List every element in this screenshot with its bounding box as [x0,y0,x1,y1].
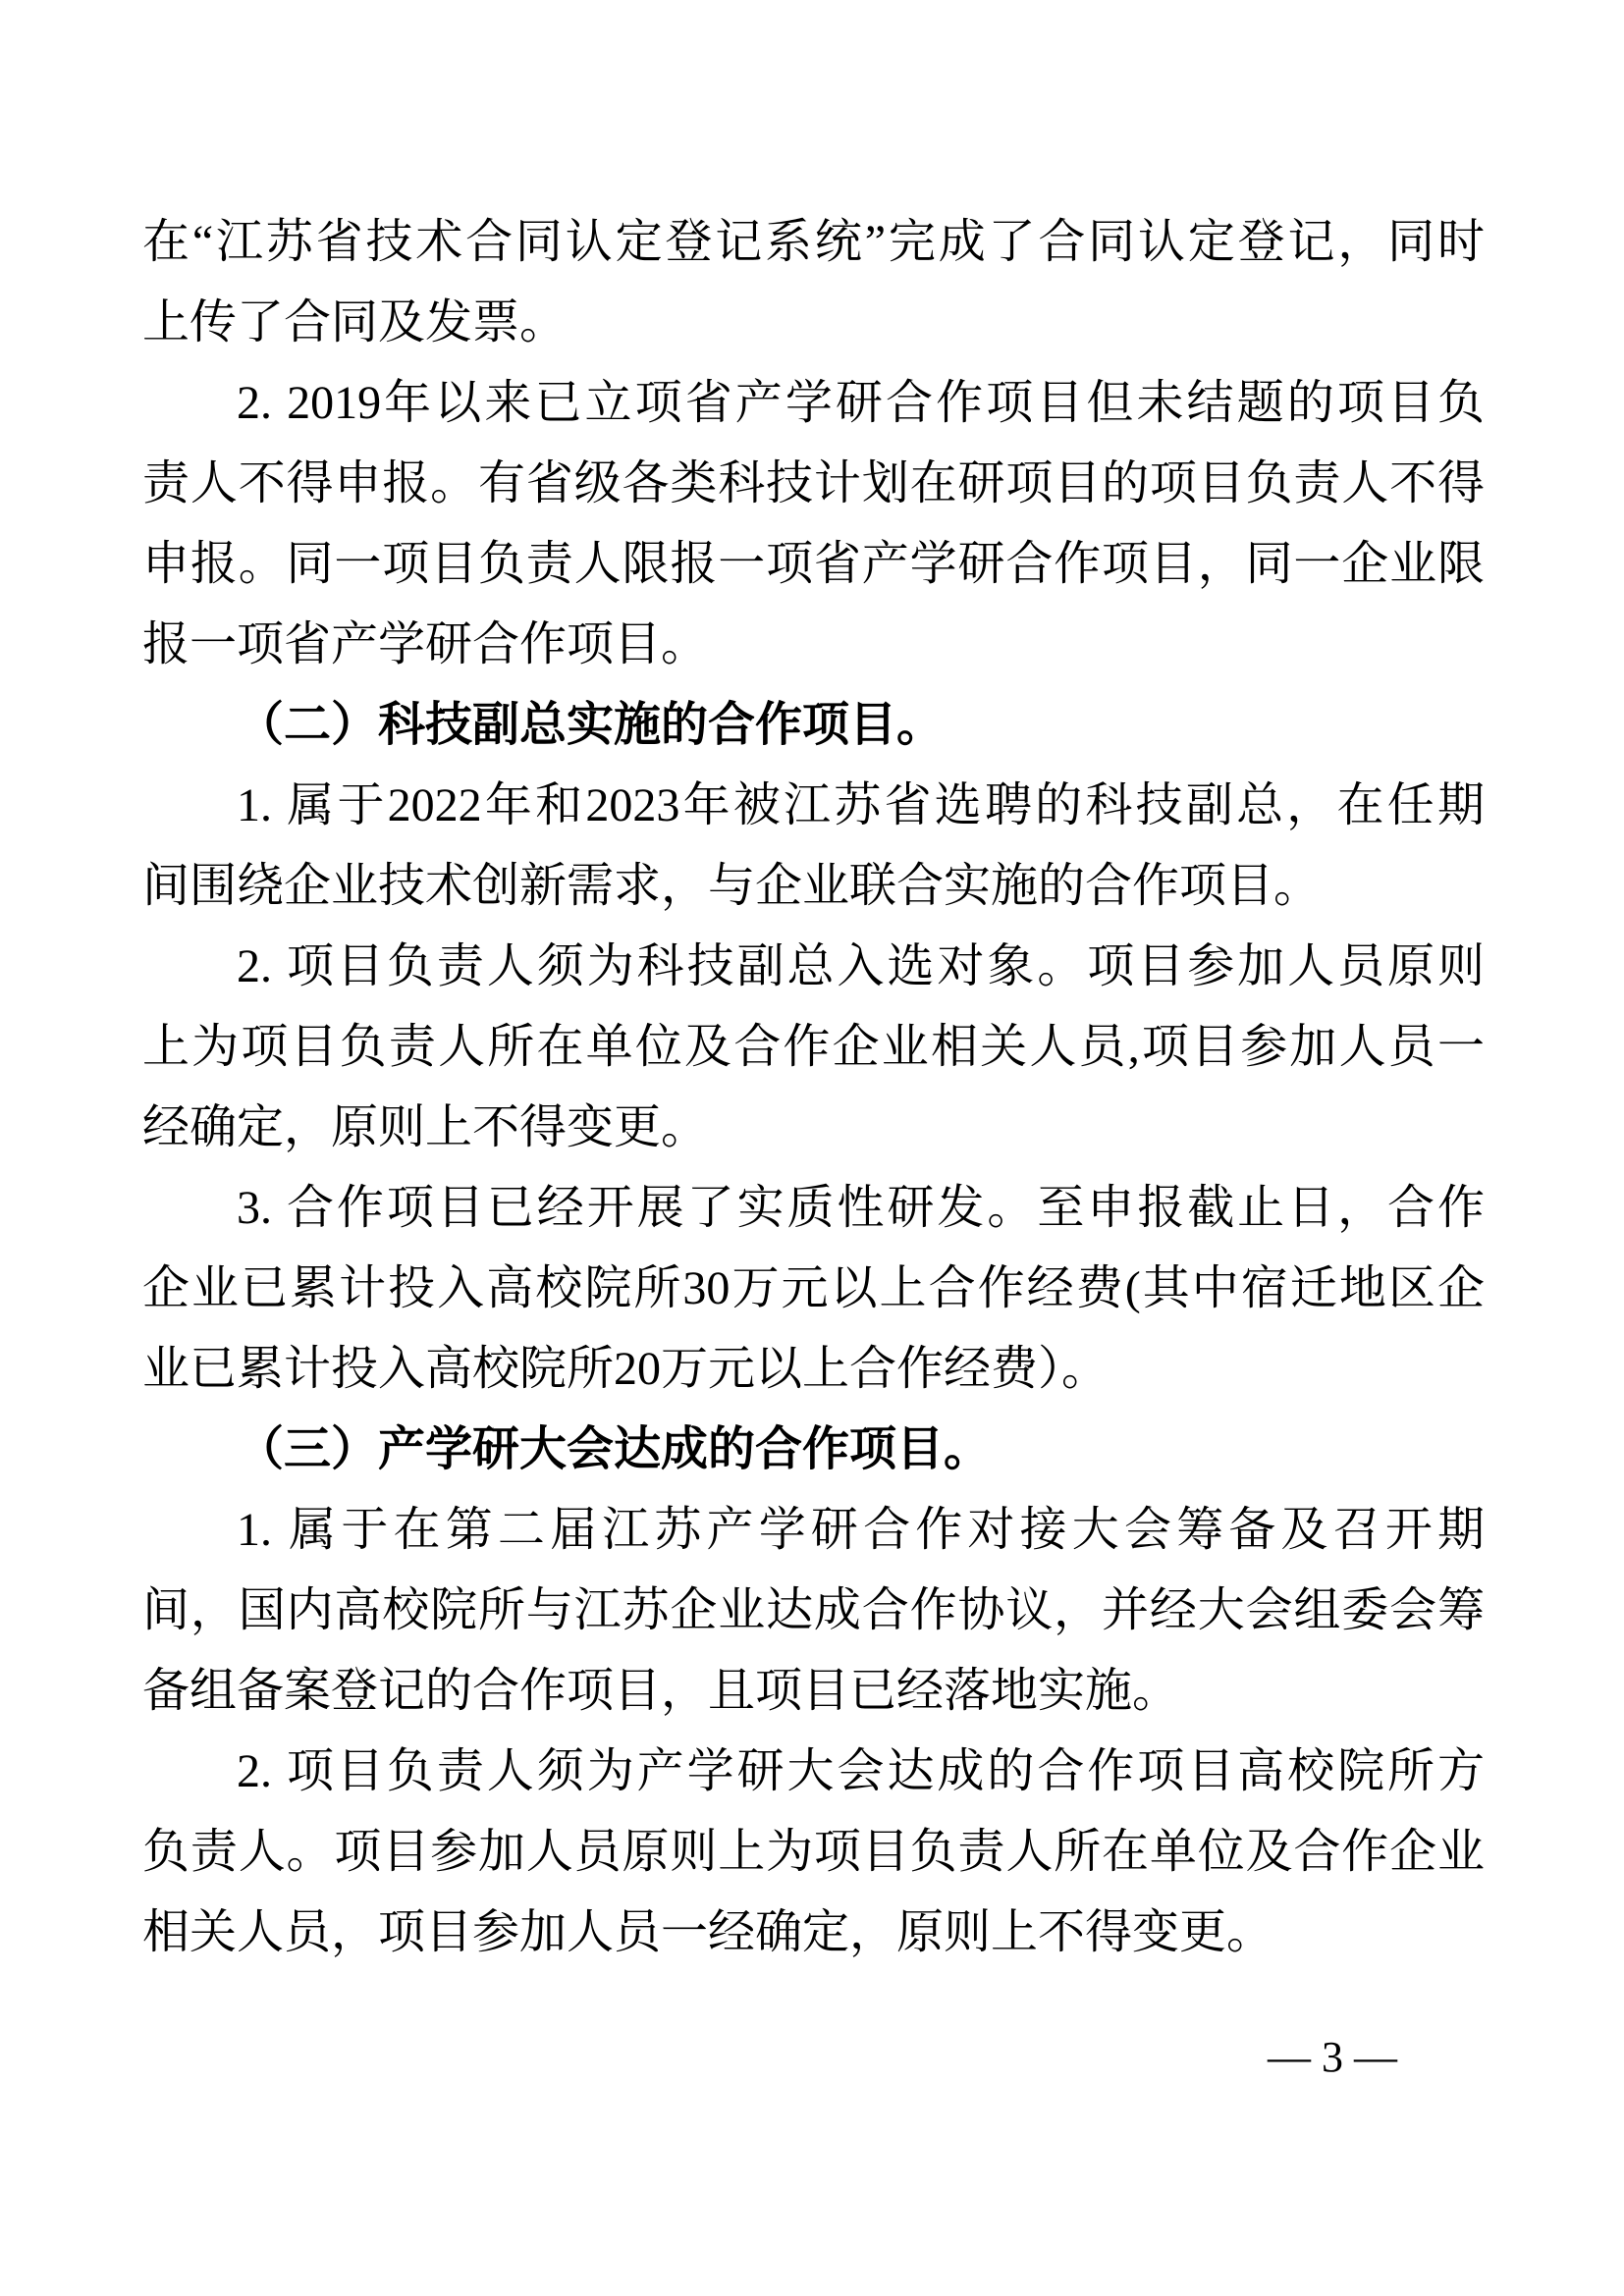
text-line: 1. 属于在第二届江苏产学研合作对接大会筹备及召开期 [142,1490,1485,1571]
text-line: 备组备案登记的合作项目，且项目已经落地实施。 [142,1651,1485,1732]
text-line: 责人不得申报。有省级各类科技计划在研项目的项目负责人不得 [142,444,1485,524]
text-line: 3. 合作项目已经开展了实质性研发。至申报截止日，合作 [142,1168,1485,1249]
paragraph: 1. 属于2022年和2023年被江苏省选聘的科技副总，在任期间围绕企业技术创新… [142,766,1485,927]
paragraph: 2. 项目负责人须为产学研大会达成的合作项目高校院所方负责人。项目参加人员原则上… [142,1732,1485,1973]
paragraph: 在“江苏省技术合同认定登记系统”完成了合同认定登记，同时上传了合同及发票。 [142,202,1485,363]
text-line: 负责人。项目参加人员原则上为项目负责人所在单位及合作企业 [142,1812,1485,1893]
text-line: 间，国内高校院所与江苏企业达成合作协议，并经大会组委会筹 [142,1571,1485,1651]
text-line: 业已累计投入高校院所20万元以上合作经费）。 [142,1329,1485,1410]
section-heading: （三）产学研大会达成的合作项目。 [142,1410,1485,1490]
text-line: 经确定，原则上不得变更。 [142,1088,1485,1168]
text-line: 上传了合同及发票。 [142,283,1485,363]
section-heading: （二）科技副总实施的合作项目。 [142,685,1485,766]
paragraph: 1. 属于在第二届江苏产学研合作对接大会筹备及召开期间，国内高校院所与江苏企业达… [142,1490,1485,1732]
paragraph: 2. 2019年以来已立项省产学研合作项目但未结题的项目负责人不得申报。有省级各… [142,363,1485,685]
text-line: 在“江苏省技术合同认定登记系统”完成了合同认定登记，同时 [142,202,1485,283]
text-line: 1. 属于2022年和2023年被江苏省选聘的科技副总，在任期 [142,766,1485,846]
text-line: 企业已累计投入高校院所30万元以上合作经费(其中宿迁地区企 [142,1249,1485,1329]
text-line: 申报。同一项目负责人限报一项省产学研合作项目，同一企业限 [142,524,1485,605]
text-line: （三）产学研大会达成的合作项目。 [142,1410,1485,1490]
text-line: 2. 2019年以来已立项省产学研合作项目但未结题的项目负 [142,363,1485,444]
paragraph: 2. 项目负责人须为科技副总入选对象。项目参加人员原则上为项目负责人所在单位及合… [142,927,1485,1168]
text-line: 间围绕企业技术创新需求，与企业联合实施的合作项目。 [142,846,1485,927]
document-page: 在“江苏省技术合同认定登记系统”完成了合同认定登记，同时上传了合同及发票。2. … [0,0,1624,2296]
text-line: 相关人员，项目参加人员一经确定，原则上不得变更。 [142,1893,1485,1973]
page-number: — 3 — [1268,2034,1397,2081]
text-line: 上为项目负责人所在单位及合作企业相关人员,项目参加人员一 [142,1007,1485,1088]
text-line: 2. 项目负责人须为产学研大会达成的合作项目高校院所方 [142,1732,1485,1812]
document-body: 在“江苏省技术合同认定登记系统”完成了合同认定登记，同时上传了合同及发票。2. … [142,202,1485,1973]
paragraph: 3. 合作项目已经开展了实质性研发。至申报截止日，合作企业已累计投入高校院所30… [142,1168,1485,1410]
text-line: （二）科技副总实施的合作项目。 [142,685,1485,766]
text-line: 报一项省产学研合作项目。 [142,605,1485,685]
text-line: 2. 项目负责人须为科技副总入选对象。项目参加人员原则 [142,927,1485,1007]
